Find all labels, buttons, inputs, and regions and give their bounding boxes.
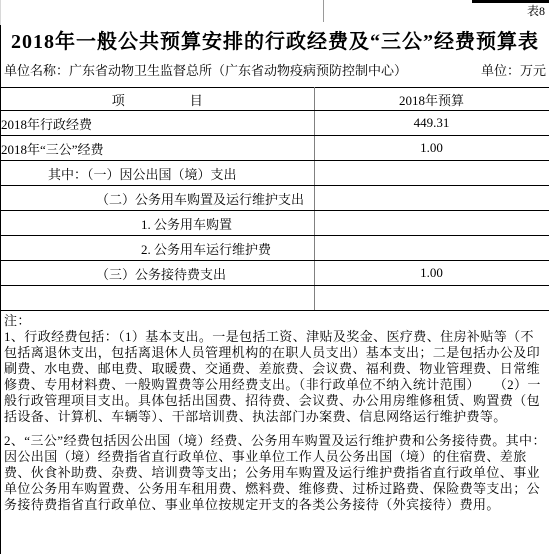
row-value: 1.00 bbox=[314, 261, 549, 286]
budget-table: 项 目 2018年预算 2018年行政经费 449.31 2018年“三公”经费… bbox=[1, 87, 549, 311]
notes-label: 注： bbox=[4, 313, 547, 329]
column-header-item: 项 目 bbox=[1, 88, 314, 111]
row-item-label: 其中：（一）因公出国（境）支出 bbox=[1, 161, 314, 186]
sheet-number-label: 表8 bbox=[527, 3, 545, 19]
notes-section: 注： 1、行政经费包括：（1）基本支出。一是包括工资、津贴及奖金、医疗费、住房补… bbox=[1, 311, 549, 513]
org-name-label: 单位名称：广东省动物卫生监督总所（广东省动物疫病预防控制中心） bbox=[4, 62, 407, 80]
row-value: 1.00 bbox=[314, 136, 549, 161]
table-header-row: 项 目 2018年预算 bbox=[1, 88, 549, 111]
table-row-admin-expense: 2018年行政经费 449.31 bbox=[1, 111, 549, 136]
table-row-vehicle-purchase: 1. 公务用车购置 bbox=[1, 211, 549, 236]
column-header-2018-budget: 2018年预算 bbox=[314, 88, 549, 111]
note-2: 2、“三公”经费包括因公出国（境）经费、公务用车购置及运行维护费和公务接待费。其… bbox=[4, 433, 547, 513]
row-item-label: 2018年“三公”经费 bbox=[1, 136, 314, 161]
budget-disclosure-sheet: 表8 2018年一般公共预算安排的行政经费及“三公”经费预算表 单位名称：广东省… bbox=[0, 0, 549, 554]
page-title: 2018年一般公共预算安排的行政经费及“三公”经费预算表 bbox=[1, 25, 549, 60]
row-item-label: 2018年行政经费 bbox=[1, 111, 314, 136]
row-value bbox=[314, 161, 549, 186]
row-item-label: 1. 公务用车购置 bbox=[1, 211, 314, 236]
table-row-official-reception: （三）公务接待费支出 1.00 bbox=[1, 261, 549, 286]
row-value bbox=[314, 186, 549, 211]
row-value bbox=[314, 236, 549, 261]
row-item-label: （三）公务接待费支出 bbox=[1, 261, 314, 286]
row-item-label bbox=[1, 286, 314, 311]
row-value: 449.31 bbox=[314, 111, 549, 136]
sheet-content: 2018年一般公共预算安排的行政经费及“三公”经费预算表 单位名称：广东省动物卫… bbox=[0, 25, 549, 554]
row-value bbox=[314, 286, 549, 311]
gridline-remnant bbox=[323, 0, 324, 22]
table-row-vehicle-maintenance: 2. 公务用车运行维护费 bbox=[1, 236, 549, 261]
table-row-vehicle-purchase-maintenance: （二）公务用车购置及运行维护支出 bbox=[1, 186, 549, 211]
note-1: 1、行政经费包括：（1）基本支出。一是包括工资、津贴及奖金、医疗费、住房补贴等（… bbox=[4, 329, 547, 425]
unit-label: 单位：万元 bbox=[481, 62, 546, 80]
sheet-header-strip: 表8 bbox=[0, 0, 549, 25]
table-row-empty bbox=[1, 286, 549, 311]
table-row-overseas-trips: 其中：（一）因公出国（境）支出 bbox=[1, 161, 549, 186]
row-value bbox=[314, 211, 549, 236]
row-item-label: 2. 公务用车运行维护费 bbox=[1, 236, 314, 261]
row-item-label: （二）公务用车购置及运行维护支出 bbox=[1, 186, 314, 211]
table-row-three-public-expense: 2018年“三公”经费 1.00 bbox=[1, 136, 549, 161]
meta-row: 单位名称：广东省动物卫生监督总所（广东省动物疫病预防控制中心） 单位：万元 bbox=[1, 60, 549, 87]
